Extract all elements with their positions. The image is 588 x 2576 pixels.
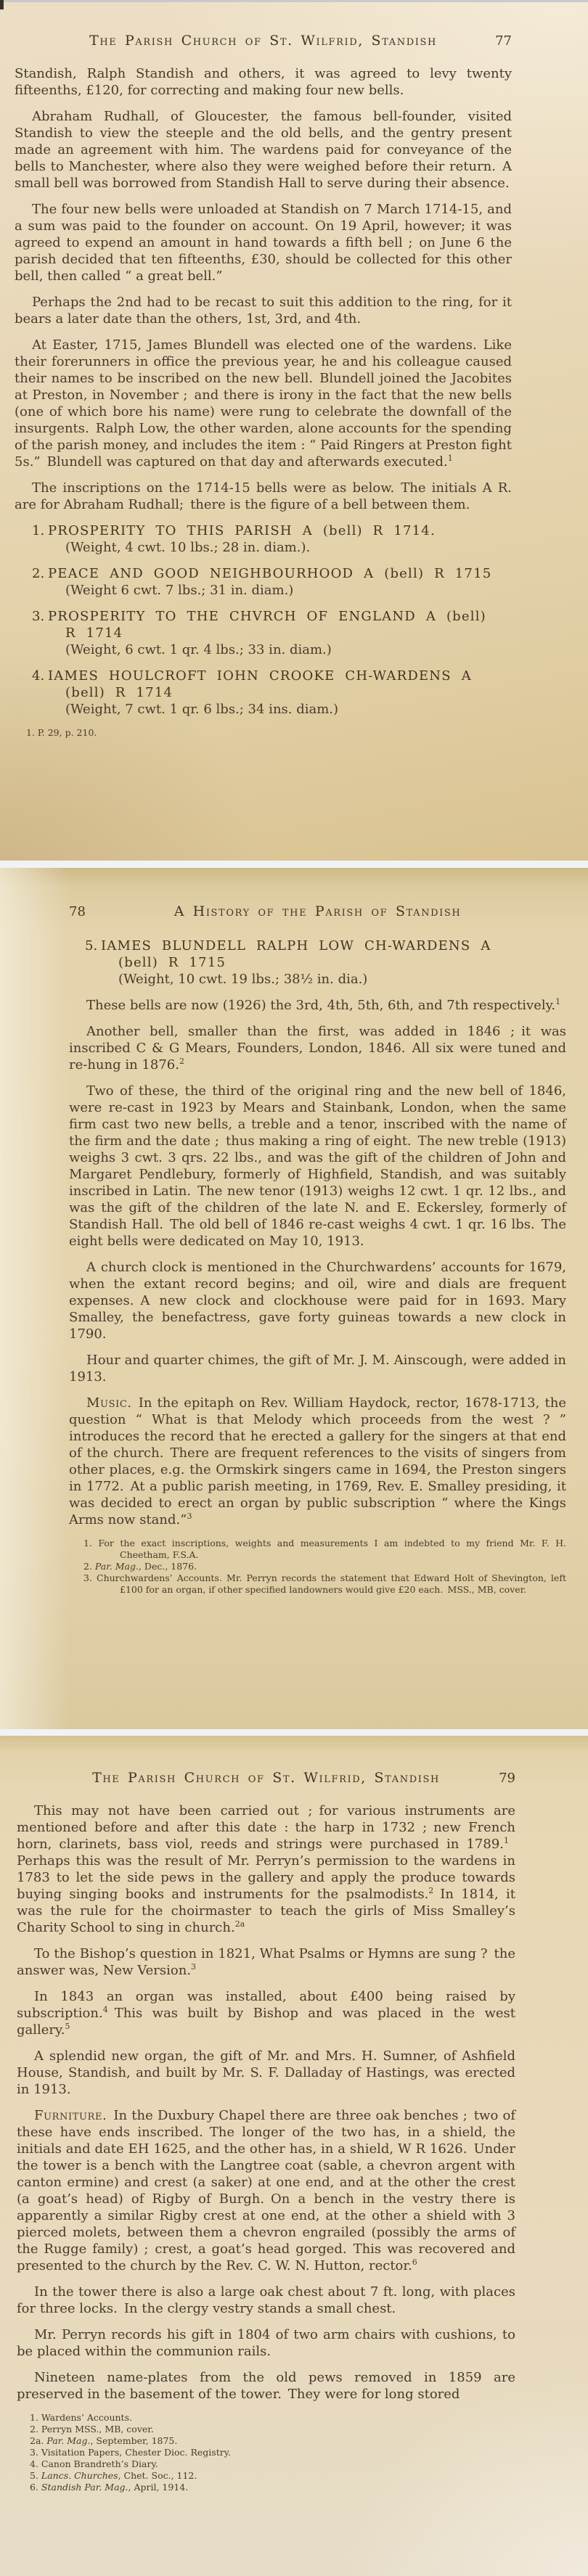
footnote: 3. Visitation Papers, Chester Dioc. Regi… (30, 2447, 515, 2458)
running-title: A History of the Parish of Standish (69, 903, 566, 920)
text-segment: PROSPERITY TO THIS PARISH A (bell) R 171… (48, 523, 436, 538)
bell-inscription-line: 4.IAMES HOULCROFT IOHN CROOKE CH-WARDENS… (32, 668, 512, 684)
text-segment: Perryn MSS., MB, cover. (41, 2424, 154, 2435)
footnote-reference: 1 (448, 454, 453, 463)
footnote-label: 6. (30, 2482, 41, 2493)
footnote-label: 1. (30, 2412, 41, 2423)
paragraph: Abraham Rudhall, of Gloucester, the famo… (15, 108, 512, 192)
text-segment: (Weight, 10 cwt. 19 lbs.; 38½ in. dia.) (118, 972, 367, 987)
text-segment: Music. (86, 1395, 132, 1411)
footnote-reference: 3 (187, 1511, 192, 1521)
paragraph: Furniture. In the Duxbury Chapel there a… (17, 2107, 515, 2274)
text-segment: A splendid new organ, the gift of Mr. an… (17, 2048, 515, 2097)
text-segment: Visitation Papers, Chester Dioc. Registr… (41, 2447, 231, 2458)
page-number: 77 (495, 33, 512, 50)
bell-inscription-item: 5.IAMES BLUNDELL RALPH LOW CH-WARDENS A(… (85, 938, 566, 988)
footnote-label: 2. (83, 1561, 95, 1572)
page-body: Standish, Ralph Standish and others, it … (15, 65, 512, 739)
footnote-reference: 1 (504, 1836, 509, 1845)
list-number: 3. (32, 608, 48, 625)
paragraph: A splendid new organ, the gift of Mr. an… (17, 2048, 515, 2098)
footnote: 5. Lancs. Churches, Chet. Soc., 112. (30, 2470, 515, 2482)
bell-inscription-line: 1.PROSPERITY TO THIS PARISH A (bell) R 1… (32, 522, 512, 539)
footnote-reference: 2 (179, 1057, 184, 1066)
footnote: 4. Canon Brandreth’s Diary. (30, 2458, 515, 2470)
text-segment: Churchwardens’ Accounts. Mr. Perryn reco… (97, 1572, 566, 1595)
page-number: 79 (499, 1770, 515, 1787)
text-segment: Nineteen name-plates from the old pews r… (17, 2370, 515, 2402)
page-header: The Parish Church of St. Wilfrid, Standi… (15, 32, 512, 49)
page-body: This may not have been carried out ; for… (17, 1802, 515, 2493)
text-segment: (Weight, 6 cwt. 1 qr. 4 lbs.; 33 in. dia… (65, 642, 332, 657)
text-segment: Perhaps the 2nd had to be recast to suit… (15, 295, 512, 327)
text-segment: (bell) R 1715 (118, 955, 226, 970)
page-header: 78 A History of the Parish of Standish (69, 903, 566, 920)
footnote-reference: 3 (191, 1962, 196, 1972)
paragraph: Two of these, the third of the original … (69, 1083, 566, 1250)
text-segment: These bells are now (1926) the 3rd, 4th,… (86, 998, 555, 1013)
paragraph: Standish, Ralph Standish and others, it … (15, 65, 512, 99)
text-segment: Canon Brandreth’s Diary. (41, 2458, 158, 2469)
footnote: 2a. Par. Mag., September, 1875. (30, 2435, 515, 2447)
footnote-label: 1. (26, 727, 38, 738)
footnotes: 1. P. 29, p. 210. (15, 727, 512, 739)
paragraph: These bells are now (1926) the 3rd, 4th,… (69, 997, 566, 1014)
text-segment: In the epitaph on Rev. William Haydock, … (69, 1395, 566, 1527)
footnote-label: 3. (30, 2447, 41, 2458)
text-segment: To the Bishop’s question in 1821, What P… (17, 1946, 515, 1978)
bell-inscription-line: 5.IAMES BLUNDELL RALPH LOW CH-WARDENS A (85, 938, 566, 954)
footnote: 1. For the exact inscriptions, weights a… (83, 1538, 566, 1561)
bell-inscription-item: 4.IAMES HOULCROFT IOHN CROOKE CH-WARDENS… (32, 668, 512, 718)
footnotes: 1. Wardens’ Accounts.2. Perryn MSS., MB,… (17, 2412, 515, 2493)
footnote: 2. Par. Mag., Dec., 1876. (83, 1561, 566, 1572)
text-segment: The four new bells were unloaded at Stan… (15, 202, 512, 284)
text-segment: Standish Par. Mag. (41, 2482, 128, 2493)
paragraph: At Easter, 1715, James Blundell was elec… (15, 337, 512, 470)
footnote-reference: 4 (103, 2005, 108, 2014)
paragraph: A church clock is mentioned in the Churc… (69, 1259, 566, 1342)
running-title: The Parish Church of St. Wilfrid, Standi… (15, 32, 512, 49)
text-segment: Abraham Rudhall, of Gloucester, the famo… (15, 109, 512, 191)
text-segment: IAMES BLUNDELL RALPH LOW CH-WARDENS A (101, 938, 491, 953)
page-number: 78 (69, 903, 86, 921)
text-segment: , September, 1875. (90, 2435, 177, 2446)
text-segment: Par. Mag. (95, 1561, 139, 1572)
bell-inscription-line: 2.PEACE AND GOOD NEIGHBOURHOOD A (bell) … (32, 565, 512, 582)
text-segment: The inscriptions on the 1714-15 bells we… (15, 480, 512, 512)
page-77: The Parish Church of St. Wilfrid, Standi… (0, 0, 588, 861)
text-segment: Wardens’ Accounts. (41, 2412, 132, 2423)
text-segment: (bell) R 1714 (65, 685, 173, 700)
bell-inscription-item: 1.PROSPERITY TO THIS PARISH A (bell) R 1… (32, 522, 512, 556)
text-segment: P. 29, p. 210. (38, 727, 97, 738)
text-segment: In the tower there is also a large oak c… (17, 2284, 515, 2316)
footnote-label: 3. (83, 1572, 97, 1583)
bell-inscription-line: (Weight, 10 cwt. 19 lbs.; 38½ in. dia.) (85, 971, 566, 988)
bell-inscription-line: (bell) R 1714 (32, 684, 512, 701)
text-segment: Mr. Perryn records his gift in 1804 of t… (17, 2327, 515, 2359)
paragraph: This may not have been carried out ; for… (17, 1802, 515, 1936)
text-segment: This may not have been carried out ; for… (17, 1803, 515, 1852)
footnote-reference: 1 (555, 997, 560, 1006)
page-separator (0, 861, 588, 868)
bell-inscription-line: R 1714 (32, 625, 512, 641)
paragraph: Another bell, smaller than the first, wa… (69, 1023, 566, 1073)
paragraph: In the tower there is also a large oak c… (17, 2284, 515, 2317)
paragraph: Hour and quarter chimes, the gift of Mr.… (69, 1352, 566, 1385)
bell-inscription-line: (Weight, 6 cwt. 1 qr. 4 lbs.; 33 in. dia… (32, 641, 512, 658)
footnote-label: 4. (30, 2458, 41, 2469)
text-segment: R 1714 (65, 625, 123, 641)
text-segment: Standish, Ralph Standish and others, it … (15, 66, 512, 98)
bell-inscription-item: 3.PROSPERITY TO THE CHVRCH OF ENGLAND A … (32, 608, 512, 658)
text-segment: For the exact inscriptions, weights and … (98, 1538, 566, 1560)
text-segment: Lancs. Churches (41, 2470, 118, 2481)
footnote-label: 5. (30, 2470, 41, 2481)
paragraph: Perhaps the 2nd had to be recast to suit… (15, 294, 512, 327)
footnote: 2. Perryn MSS., MB, cover. (30, 2424, 515, 2435)
page-header: The Parish Church of St. Wilfrid, Standi… (17, 1769, 515, 1787)
list-number: 5. (85, 938, 101, 954)
text-segment: IAMES HOULCROFT IOHN CROOKE CH-WARDENS A (48, 668, 472, 684)
running-title: The Parish Church of St. Wilfrid, Standi… (17, 1769, 515, 1787)
footnote-reference: 5 (65, 2022, 70, 2031)
text-segment: Two of these, the third of the original … (69, 1083, 566, 1249)
text-segment: , Dec., 1876. (139, 1561, 197, 1572)
text-segment: (Weight 6 cwt. 7 lbs.; 31 in. diam.) (65, 583, 293, 598)
footnote: 3. Churchwardens’ Accounts. Mr. Perryn r… (83, 1572, 566, 1596)
paragraph: In 1843 an organ was installed, about £4… (17, 1988, 515, 2038)
footnote-label: 2a. (30, 2435, 46, 2446)
footnote-reference: 2a (235, 1919, 245, 1929)
footnote: 1. P. 29, p. 210. (26, 727, 512, 739)
text-segment: , April, 1914. (128, 2482, 189, 2493)
text-segment: , Chet. Soc., 112. (118, 2470, 197, 2481)
text-segment: (Weight, 7 cwt. 1 qr. 6 lbs.; 34 ins. di… (65, 702, 338, 717)
text-segment: A church clock is mentioned in the Churc… (69, 1260, 566, 1342)
bell-inscription-line: 3.PROSPERITY TO THE CHVRCH OF ENGLAND A … (32, 608, 512, 625)
paragraph: The four new bells were unloaded at Stan… (15, 201, 512, 284)
text-segment: Hour and quarter chimes, the gift of Mr.… (69, 1353, 566, 1385)
bell-inscription-line: (Weight, 7 cwt. 1 qr. 6 lbs.; 34 ins. di… (32, 701, 512, 718)
list-number: 2. (32, 565, 48, 582)
bell-inscription-line: (Weight 6 cwt. 7 lbs.; 31 in. diam.) (32, 582, 512, 599)
text-segment: PROSPERITY TO THE CHVRCH OF ENGLAND A (b… (48, 609, 486, 624)
text-segment: In the Duxbury Chapel there are three oa… (17, 2108, 515, 2273)
paragraph: The inscriptions on the 1714-15 bells we… (15, 480, 512, 513)
footnote-reference: 6 (412, 2257, 417, 2267)
paragraph: Music. In the epitaph on Rev. William Ha… (69, 1395, 566, 1528)
text-segment: At Easter, 1715, James Blundell was elec… (15, 337, 512, 469)
bell-inscription-line: (bell) R 1715 (85, 954, 566, 971)
bell-inscription-line: (Weight, 4 cwt. 10 lbs.; 28 in. diam.). (32, 539, 512, 556)
paragraph: To the Bishop’s question in 1821, What P… (17, 1945, 515, 1979)
text-segment: Furniture. (34, 2108, 107, 2123)
footnotes: 1. For the exact inscriptions, weights a… (69, 1538, 566, 1596)
footnote: 1. Wardens’ Accounts. (30, 2412, 515, 2424)
text-segment: PEACE AND GOOD NEIGHBOURHOOD A (bell) R … (48, 566, 491, 581)
book-scan: The Parish Church of St. Wilfrid, Standi… (0, 0, 588, 2576)
text-segment: Par. Mag. (46, 2435, 90, 2446)
footnote-label: 2. (30, 2424, 41, 2435)
footnote-label: 1. (83, 1538, 98, 1549)
text-segment: Another bell, smaller than the first, wa… (69, 1024, 566, 1072)
paragraph: Nineteen name-plates from the old pews r… (17, 2369, 515, 2403)
page-79: The Parish Church of St. Wilfrid, Standi… (0, 1736, 588, 2576)
bell-inscription-item: 2.PEACE AND GOOD NEIGHBOURHOOD A (bell) … (32, 565, 512, 599)
page-body: 5.IAMES BLUNDELL RALPH LOW CH-WARDENS A(… (69, 938, 566, 1596)
list-number: 4. (32, 668, 48, 684)
list-number: 1. (32, 522, 48, 539)
page-78: 78 A History of the Parish of Standish 5… (0, 868, 588, 1729)
paragraph: Mr. Perryn records his gift in 1804 of t… (17, 2326, 515, 2360)
page-separator (0, 1729, 588, 1736)
text-segment: (Weight, 4 cwt. 10 lbs.; 28 in. diam.). (65, 540, 310, 555)
footnote: 6. Standish Par. Mag., April, 1914. (30, 2482, 515, 2493)
